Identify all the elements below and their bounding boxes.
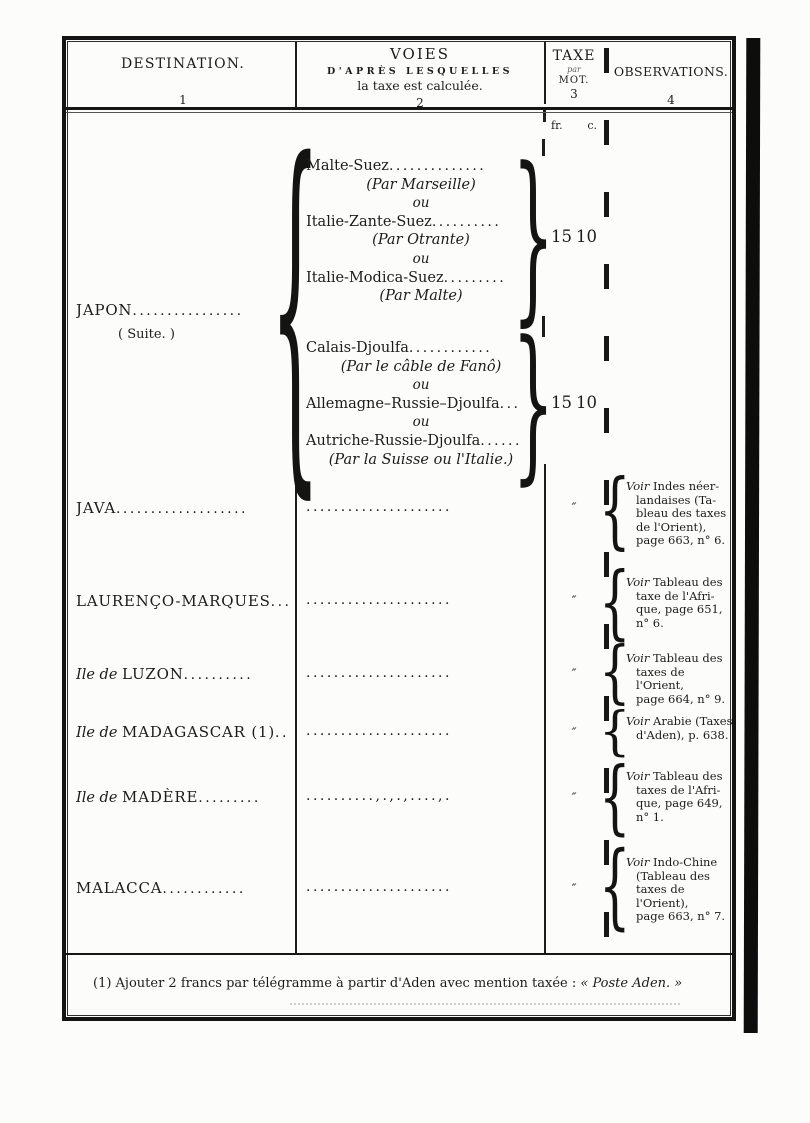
row-destination: JAVA................... — [76, 499, 300, 517]
ditto-mark: ″ — [556, 882, 592, 897]
destination-label: LUZON — [122, 665, 184, 683]
observation-text: Tableau des taxe de l'Afri- que, page 65… — [636, 575, 723, 630]
ditto-mark: ″ — [556, 667, 592, 682]
ditto-mark: ″ — [556, 726, 592, 741]
destination-label: MALACCA — [76, 879, 162, 897]
footnote: (1) Ajouter 2 francs par télégramme à pa… — [93, 976, 717, 991]
taxe-centimes: 10 — [576, 227, 597, 246]
route-name: Calais-Djoulfa — [306, 340, 409, 356]
observation-note: Voir Indes néer- landaises (Ta- bleau de… — [626, 480, 733, 548]
route-line: Allemagne–Russie–Djoulfa... — [306, 395, 536, 414]
row-destination: Ile de MADAGASCAR (1).. — [76, 723, 300, 741]
leader-dots: .......... — [184, 667, 254, 683]
observation-text: Indes néer- landaises (Ta- bleau des tax… — [636, 479, 726, 547]
route-name: Autriche-Russie-Djoulfa — [306, 433, 480, 449]
header-rule-thin — [66, 112, 732, 113]
destination-label: MADÈRE — [122, 788, 198, 806]
observation-brace: { — [606, 573, 624, 631]
row-destination: MALACCA............ — [76, 879, 300, 897]
body-bottom-rule — [66, 953, 732, 955]
observation-note: Voir Arabie (Taxes d'Aden), p. 638. — [626, 715, 733, 742]
via-note: (Par la Suisse ou l'Italie.) — [306, 451, 536, 470]
observation-note: Voir Tableau des taxes de l'Afri- que, p… — [626, 770, 733, 824]
header-number: 2 — [298, 96, 542, 110]
or-conjunction: ou — [306, 413, 536, 432]
header-number: 3 — [546, 87, 602, 101]
or-conjunction: ou — [306, 250, 536, 269]
column-header-taxe: TAXE par MOT. 3 — [546, 48, 602, 101]
header-number: 4 — [608, 93, 734, 107]
route-group-2-brace-right: } — [515, 337, 551, 471]
leader-dots: .. — [275, 725, 289, 741]
via-note: (Par le câble de Fanô) — [306, 358, 536, 377]
taxe-francs: 15 — [551, 227, 572, 246]
leader-dots: ......... — [444, 270, 507, 286]
observation-brace: { — [606, 712, 624, 750]
route-name: Allemagne–Russie–Djoulfa — [306, 396, 500, 412]
footnote-quote: « Poste Aden. » — [580, 976, 682, 991]
observation-brace: { — [606, 479, 624, 541]
observation-brace: { — [606, 768, 624, 826]
taxe-value-group-2: 15 10 — [548, 393, 600, 412]
column-header-destination: DESTINATION. 1 — [72, 56, 294, 107]
unit-centimes: c. — [587, 119, 597, 132]
observation-text: Tableau des taxes de l'Orient, page 664,… — [636, 651, 725, 706]
destination-label: JAVA — [76, 499, 116, 517]
voir-lead: Voir — [626, 769, 649, 783]
row-destination: Ile de LUZON.......... — [76, 665, 300, 683]
row-destination-japon: JAPON................ — [76, 301, 300, 319]
voies-empty-dots: ..................... — [306, 499, 538, 515]
header-title: TAXE — [546, 48, 602, 64]
observation-text: Arabie (Taxes d'Aden), p. 638. — [636, 714, 733, 742]
observation-note: Voir Tableau des taxe de l'Afri- que, pa… — [626, 576, 733, 630]
route-line: Italie-Zante-Suez.......... — [306, 213, 536, 232]
scanned-tariff-page: DESTINATION. 1 VOIES D'APRÈS LESQUELLES … — [0, 0, 810, 1123]
voies-empty-dots: ..................... — [306, 592, 538, 608]
voir-lead: Voir — [626, 651, 649, 665]
voir-lead: Voir — [626, 575, 649, 589]
header-title: OBSERVATIONS. — [608, 64, 734, 79]
row-destination: LAURENÇO-MARQUES... — [76, 592, 300, 610]
row-destination: Ile de MADÈRE......... — [76, 788, 300, 806]
voies-empty-dots: ..................... — [306, 879, 538, 895]
header-subtitle: D'APRÈS LESQUELLES — [298, 66, 542, 77]
column-divider-2-dash — [543, 108, 546, 122]
route-name: Italie-Zante-Suez — [306, 214, 432, 230]
leader-dots: .............. — [389, 158, 486, 174]
via-note: (Par Otrante) — [306, 231, 536, 250]
column-divider-2-body — [544, 464, 546, 954]
taxe-value-group-1: 15 10 — [548, 227, 600, 246]
header-title: VOIES — [298, 45, 542, 63]
japon-route-group-2: Calais-Djoulfa............ (Par le câble… — [306, 339, 536, 469]
route-line: Autriche-Russie-Djoulfa...... — [306, 432, 536, 451]
leader-dots: ................... — [116, 501, 248, 517]
header-subtitle: par — [546, 65, 602, 74]
via-note: (Par Marseille) — [306, 176, 536, 195]
or-conjunction: ou — [306, 376, 536, 395]
voir-lead: Voir — [626, 714, 649, 728]
footnote-text: (1) Ajouter 2 francs par télégramme à pa… — [93, 976, 580, 991]
column-header-voies: VOIES D'APRÈS LESQUELLES la taxe est cal… — [298, 45, 542, 110]
observation-text: Tableau des taxes de l'Afri- que, page 6… — [636, 769, 723, 824]
ditto-mark: ″ — [556, 501, 592, 516]
leader-dots: ......... — [198, 790, 261, 806]
leader-dots: .......... — [432, 214, 502, 230]
or-conjunction: ou — [306, 194, 536, 213]
header-title: DESTINATION. — [72, 56, 294, 72]
voir-lead: Voir — [626, 479, 649, 493]
route-line: Italie-Modica-Suez......... — [306, 269, 536, 288]
ditto-mark: ″ — [556, 594, 592, 609]
taxe-centimes: 10 — [576, 393, 597, 412]
route-name: Italie-Modica-Suez — [306, 270, 444, 286]
destination-label: LAURENÇO-MARQUES — [76, 592, 271, 610]
via-note: (Par Malte) — [306, 287, 536, 306]
taxe-francs: 15 — [551, 393, 572, 412]
header-subtitle: MOT. — [546, 75, 602, 86]
leader-dots: ............ — [409, 340, 492, 356]
observation-brace: { — [606, 648, 624, 696]
scan-gutter-shadow — [744, 38, 761, 1033]
voies-empty-dots: ..................... — [306, 665, 538, 681]
route-name: Malte-Suez — [306, 158, 389, 174]
scan-smudge-artifact — [290, 1003, 680, 1005]
destination-suite-note: ( Suite. ) — [118, 327, 175, 342]
route-group-1-brace-right: } — [515, 163, 551, 311]
ditto-mark: ″ — [556, 791, 592, 806]
observation-note: Voir Tableau des taxes de l'Orient, page… — [626, 652, 733, 706]
voir-lead: Voir — [626, 855, 649, 869]
observation-brace: { — [606, 853, 624, 919]
destination-label: MADAGASCAR (1) — [122, 723, 275, 741]
leader-dots: ............ — [162, 881, 245, 897]
route-line: Calais-Djoulfa............ — [306, 339, 536, 358]
column-header-observations: OBSERVATIONS. 4 — [608, 64, 734, 107]
header-subtitle: la taxe est calculée. — [298, 78, 542, 93]
voies-empty-dots: ..........,.,.,....,. — [306, 788, 538, 804]
destination-prefix: Ile de — [76, 725, 122, 741]
observation-note: Voir Indo-Chine (Tableau des taxes de l'… — [626, 856, 733, 924]
destination-prefix: Ile de — [76, 667, 122, 683]
destination-prefix: Ile de — [76, 790, 122, 806]
leader-dots: ... — [271, 594, 292, 610]
voies-empty-dots: ..................... — [306, 723, 538, 739]
leader-dots: ................ — [132, 303, 243, 319]
destination-label: JAPON — [76, 301, 132, 319]
header-number: 1 — [72, 93, 294, 107]
observation-text: Indo-Chine (Tableau des taxes de l'Orien… — [636, 855, 725, 923]
currency-units: fr. c. — [548, 119, 600, 132]
route-line: Malte-Suez.............. — [306, 157, 536, 176]
japon-route-group-1: Malte-Suez.............. (Par Marseille)… — [306, 157, 536, 306]
